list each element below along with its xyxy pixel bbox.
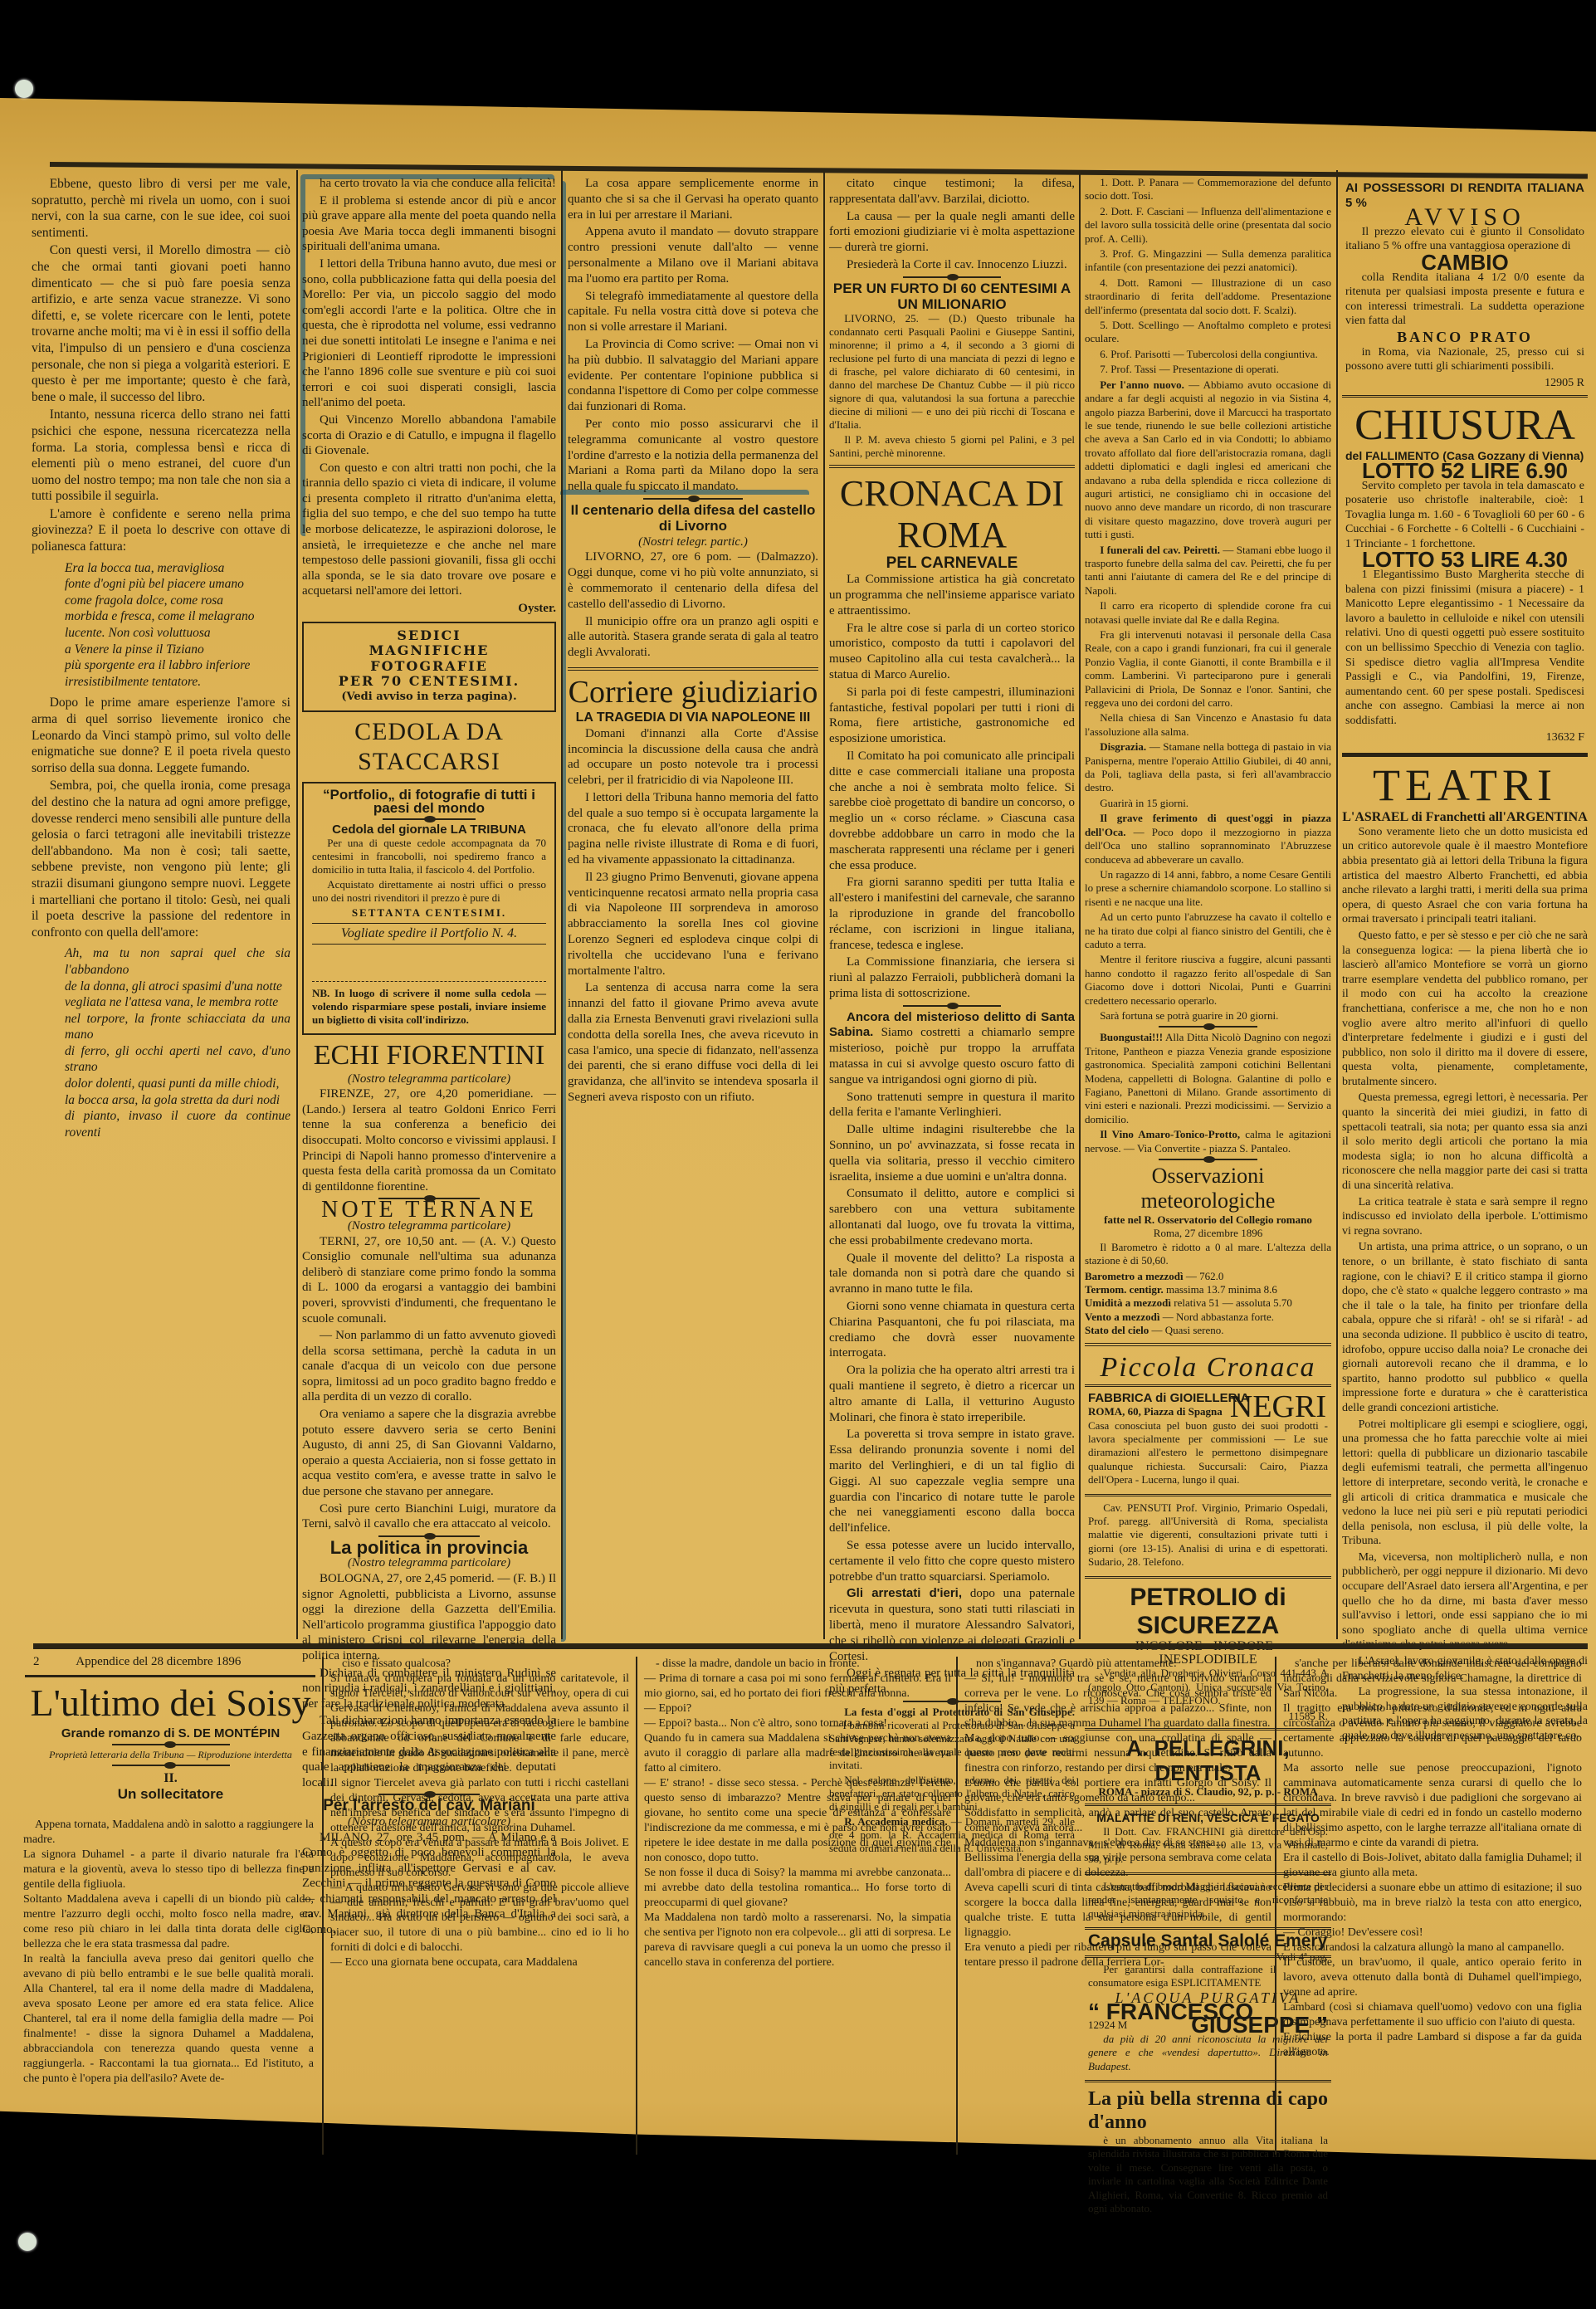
serial-column-1: Appena tornata, Maddalena andò in salott…	[23, 1818, 314, 2087]
coupon-request-line[interactable]: Vogliate spedire il Portfolio N. 4.	[312, 923, 546, 945]
paragraph: Il P. M. aveva chiesto 5 giorni pel Pali…	[829, 433, 1075, 460]
section-heading: ECHI FIORENTINI	[302, 1040, 556, 1072]
verse-block: Ah, ma tu non saprai quel che sia l'abba…	[65, 945, 290, 1140]
paragraph: Consumato il delitto, autore e complici …	[829, 1186, 1075, 1248]
paragraph: Fra le altre cose si parla di un corteo …	[829, 621, 1075, 683]
item-heading: Disgrazia.	[1100, 740, 1146, 753]
coupon-name-field[interactable]	[312, 948, 546, 982]
paragraph: Ebbene, questo libro di versi per me val…	[32, 176, 290, 241]
paragraph: Si parla poi di feste campestri, illumin…	[829, 685, 1075, 747]
paragraph: E il problema si estende ancor di più e …	[302, 193, 556, 255]
paragraph: Dopo le prime amare esperienze l'amore s…	[32, 695, 290, 776]
paragraph: La critica teatrale è stata e sarà sempr…	[1342, 1195, 1588, 1239]
paragraph: Sembra, poi, che quella ironia, come pre…	[32, 778, 290, 940]
serial-column-4: non s'ingannava? Guardò più attentamente…	[964, 1657, 1271, 1970]
item-heading: Il Vino Amaro-Tonico-Protto,	[1100, 1128, 1240, 1140]
item-heading: Buongustai!!!	[1100, 1031, 1163, 1043]
meteo-readings: Barometro a mezzodì — 762.0 Termom. cent…	[1085, 1270, 1331, 1338]
column-rule	[1336, 170, 1338, 1639]
serial-author: Grande romanzo di S. DE MONTÉPIN	[23, 1726, 318, 1740]
serial-rights: Proprietà letteraria della Tribuna — Rip…	[23, 1749, 318, 1761]
cedola-title: CEDOLA DA STACCARSI	[302, 717, 556, 777]
paragraph: L'amore è confidente e sereno nella prim…	[32, 506, 290, 555]
sedici-ad: SEDICI MAGNIFICHE FOTOGRAFIE PER 70 CENT…	[302, 622, 556, 712]
serial-column-2: ciso e fissato qualcosa? Si trattava d'u…	[330, 1657, 629, 1970]
paragraph: Con questo e con altri tratti non pochi,…	[302, 461, 556, 599]
paragraph: Guarirà in 15 giorni.	[1085, 797, 1331, 810]
paragraph: Ora veniamo a sapere che la disgrazia av…	[302, 1407, 556, 1500]
section-heading: Piccola Cronaca	[1085, 1351, 1331, 1384]
paragraph: Dalle ultime indagini risulterebbe che l…	[829, 1122, 1075, 1184]
paragraph: BOLOGNA, 27, ore 2,45 pomerid. — (F. B.)…	[302, 1571, 556, 1664]
paragraph: Con questi versi, il Morello dimostra — …	[32, 242, 290, 405]
paragraph: Domani d'innanzi alla Corte d'Assise inc…	[568, 726, 818, 788]
paragraph: citato cinque testimoni; la difesa, rapp…	[829, 176, 1075, 207]
column-rule	[561, 170, 563, 1639]
list-item: 5. Dott. Scellingo — Anoftalmo completo …	[1085, 319, 1331, 346]
paragraph: Ora la polizia che ha operato altri arre…	[829, 1363, 1075, 1425]
item-heading: Gli arrestati d'ieri,	[847, 1586, 962, 1600]
subtitle: (Nostri telegr. partic.)	[568, 535, 818, 550]
paragraph: Questo fatto, e per sè stesso e per ciò …	[1342, 929, 1588, 1090]
article-morello-review: Ebbene, questo libro di versi per me val…	[32, 176, 290, 1145]
item-heading: I funerali del cav. Peiretti.	[1100, 544, 1220, 556]
paragraph: I lettori della Tribuna hanno avuto, due…	[302, 256, 556, 411]
paragraph: Sono veramente lieto che un dotto musici…	[1342, 825, 1588, 927]
paragraph: Fra giorni saranno spediti per tutta Ita…	[829, 875, 1075, 953]
paragraph: LIVORNO, 27, ore 6 pom. — (Dalmazzo). Og…	[568, 549, 818, 612]
subtitle: (Nostro telegramma particolare)	[302, 1072, 556, 1087]
ad-strenna: La più bella strenna di capo d'anno è un…	[1085, 2080, 1331, 2222]
paragraph: La Commissione finanziaria, che iersera …	[829, 954, 1075, 1001]
paragraph: Un artista, una prima attrice, o un sopr…	[1342, 1240, 1588, 1415]
ad-negri: FABBRICA di GIOIELLERIA ROMA, 60, Piazza…	[1085, 1384, 1331, 1494]
paragraph: Il Comitato ha poi comunicato alle princ…	[829, 749, 1075, 873]
section-heading: CRONACA DI ROMA	[829, 473, 1075, 556]
punch-hole-bottom	[18, 2233, 37, 2251]
column-3: La cosa appare semplicemente enorme in q…	[568, 176, 818, 1107]
paragraph: Nella chiesa di San Vincenzo e Anastasio…	[1085, 711, 1331, 739]
paragraph: Potrei moltiplicare gli esempi e sciogli…	[1342, 1418, 1588, 1549]
paragraph: La sentenza di accusa narra come la sera…	[568, 980, 818, 1105]
paragraph: Intanto, nessuna ricerca dello strano ne…	[32, 407, 290, 505]
column-rule	[1079, 170, 1081, 1639]
section-heading: PER UN FURTO DI 60 CENTESIMI A UN MILION…	[829, 281, 1075, 313]
paragraph: LIVORNO, 25. — (D.) Questo tribunale ha …	[829, 312, 1075, 432]
section-heading: La politica in provincia	[302, 1540, 556, 1556]
ad-chiusura: CHIUSURA del FALLIMENTO (Casa Gozzany di…	[1342, 395, 1588, 749]
paragraph: La causa — per la quale negli amanti del…	[829, 209, 1075, 256]
paragraph: Ma, viceversa, non moltiplicherò nulla, …	[1342, 1550, 1588, 1652]
list-item: 2. Dott. F. Casciani — Influenza dell'al…	[1085, 205, 1331, 246]
paragraph: Quale il movente del delitto? La rispost…	[829, 1251, 1075, 1297]
page-number: 2	[33, 1655, 40, 1668]
signature: Oyster.	[302, 601, 556, 617]
subheading: PEL CARNEVALE	[829, 556, 1075, 572]
paragraph: La poveretta si trova sempre in istato g…	[829, 1427, 1075, 1536]
subtitle: (Nostro telegramma particolare)	[302, 1555, 556, 1571]
paragraph: Fra gli intervenuti notavasi il personal…	[1085, 628, 1331, 710]
paragraph: Ad un certo punto l'abruzzese ha cavato …	[1085, 910, 1331, 951]
paragraph: Per conto mio posso assicurarvi che il t…	[568, 417, 818, 495]
paragraph: Il carro era ricoperto di splendide coro…	[1085, 599, 1331, 627]
list-item: 7. Prof. Tassi — Presentazione di operat…	[1085, 363, 1331, 376]
serial-title: L'ultimo dei Soisy	[23, 1680, 318, 1726]
paragraph: Il municipio offre ora un pranzo agli os…	[568, 614, 818, 661]
paragraph: Si telegrafò immediatamente al questore …	[568, 289, 818, 335]
paragraph: La cosa appare semplicemente enorme in q…	[568, 176, 818, 222]
list-item: 6. Prof. Parisotti — Tubercolosi della c…	[1085, 348, 1331, 361]
section-heading: Corriere giudiziario	[568, 674, 818, 710]
section-heading: NOTE TERNANE	[302, 1203, 556, 1218]
ad-rendita: AI POSSESSORI DI RENDITA ITALIANA 5 % AV…	[1342, 176, 1588, 395]
serial-top-rule	[33, 1643, 1588, 1649]
column-4: citato cinque testimoni; la difesa, rapp…	[829, 176, 1075, 1857]
section-heading: Osservazioni meteorologiche	[1085, 1164, 1331, 1213]
paragraph: La Commissione artistica ha già concreta…	[829, 572, 1075, 618]
paragraph: Il Barometro è ridotto a 0 al mare. L'al…	[1085, 1241, 1331, 1268]
paragraph: Mentre il feritore riusciva a fuggire, a…	[1085, 953, 1331, 1008]
subtitle: fatte nel R. Osservatorio del Collegio r…	[1085, 1213, 1331, 1227]
paragraph: Un ragazzo di 14 anni, fabbro, a nome Ce…	[1085, 868, 1331, 909]
section-heading: Il centenario della difesa del castello …	[568, 503, 818, 535]
paragraph: Questa premessa, egregi lettori, è neces…	[1342, 1091, 1588, 1193]
paragraph: — Non parlammo di un fatto avvenuto giov…	[302, 1328, 556, 1405]
paragraph: FIRENZE, 27, ore 4,20 pomeridiane. — (La…	[302, 1086, 556, 1194]
list-item: 1. Dott. P. Panara — Commemorazione del …	[1085, 176, 1331, 203]
list-item: 4. Dott. Ramoni — Illustrazione di un ca…	[1085, 276, 1331, 317]
appendix-date: Appendice del 28 dicembre 1896	[76, 1655, 241, 1668]
item-heading: Per l'anno nuovo.	[1100, 378, 1184, 391]
serial-column-3: - disse la madre, dandole un bacio in fr…	[644, 1657, 951, 1970]
column-6: AI POSSESSORI DI RENDITA ITALIANA 5 % AV…	[1342, 176, 1588, 1745]
chapter-title: Un sollecitatore	[23, 1786, 318, 1803]
paragraph: Presiederà la Corte il cav. Innocenzo Li…	[829, 257, 1075, 273]
ad-pensuti: Cav. PENSUTI Prof. Virginio, Primario Os…	[1085, 1494, 1331, 1576]
paragraph: Giorni sono venne chiamata in questura c…	[829, 1299, 1075, 1361]
paragraph: Appena avuto il mandato — dovuto strappa…	[568, 224, 818, 286]
column-rule	[823, 170, 825, 1639]
date: Roma, 27 dicembre 1896	[1085, 1227, 1331, 1240]
paragraph: I lettori della Tribuna hanno memoria de…	[568, 790, 818, 868]
paragraph: TERNI, 27, ore 10,50 ant. — (A. V.) Ques…	[302, 1234, 556, 1327]
paragraph: Sarà fortuna se potrà guarire in 20 gior…	[1085, 1009, 1331, 1023]
paragraph: Così pure certo Bianchini Luigi, murator…	[302, 1501, 556, 1532]
subheading: LA TRAGEDIA DI VIA NAPOLEONE III	[568, 710, 818, 726]
list-item: 3. Prof. G. Mingazzini — Sulla demenza p…	[1085, 247, 1331, 275]
paragraph: Sono trattenuti sempre in questura il ma…	[829, 1090, 1075, 1121]
paragraph: Se essa potesse avere un lucido interval…	[829, 1538, 1075, 1584]
paragraph: ha certo trovato la via che conduce alla…	[302, 176, 556, 192]
punch-hole-top	[15, 80, 33, 98]
verse-block: Era la bocca tua, meravigliosafonte d'og…	[65, 560, 290, 691]
serial-masthead: L'ultimo dei Soisy Grande romanzo di S. …	[23, 1680, 318, 1803]
chapter-number: II.	[23, 1771, 318, 1786]
paragraph: Il 23 giugno Primo Benvenuti, giovane ap…	[568, 870, 818, 979]
serial-header: 2 Appendice del 28 dicembre 1896	[33, 1655, 315, 1669]
subheading: L'ASRAEL di Franchetti all'ARGENTINA	[1342, 810, 1588, 825]
paragraph: Qui Vincenzo Morello abbandona l'amabile…	[302, 412, 556, 459]
paragraph: La Provincia di Como scrive: — Omai non …	[568, 337, 818, 415]
cedola-coupon[interactable]: “Portfolio„ di fotografie di tutti i pae…	[302, 782, 556, 1035]
serial-column-5: s'anche per liberarsi dalle domande indi…	[1283, 1657, 1582, 2060]
column-rule	[296, 170, 298, 1639]
section-heading: TEATRI	[1342, 760, 1588, 810]
